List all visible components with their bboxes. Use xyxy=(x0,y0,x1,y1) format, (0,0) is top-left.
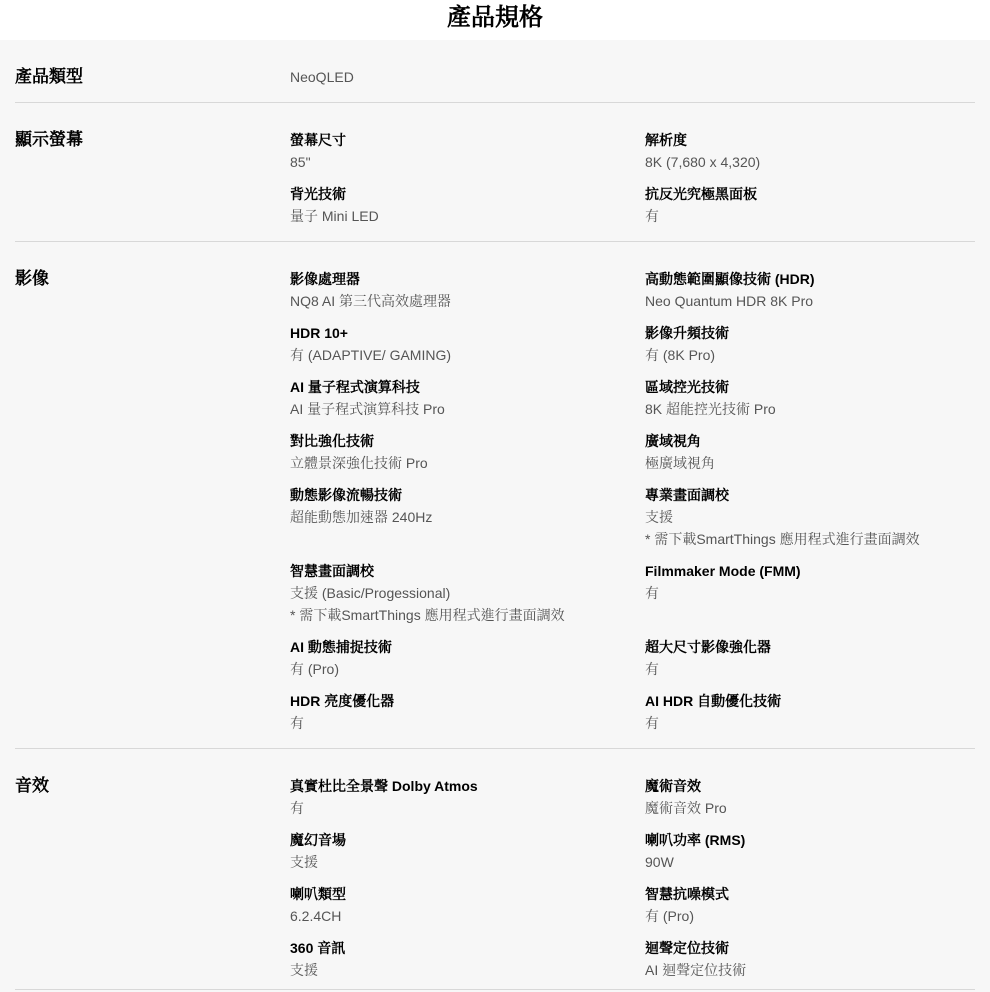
spec-name: 解析度 xyxy=(645,129,975,151)
spec-value: 立體景深強化技術 Pro xyxy=(290,452,625,474)
spec-name: AI 量子程式演算科技 xyxy=(290,376,625,398)
spec-row: NeoQLED xyxy=(290,66,975,88)
spec-row: AI 動態捕捉技術 有 (Pro) 超大尺寸影像強化器 有 xyxy=(290,636,975,680)
section-body: 真實杜比全景聲 Dolby Atmos 有 魔術音效 魔術音效 Pro 魔幻音場… xyxy=(290,775,975,981)
spec-value: 有 (Pro) xyxy=(290,658,625,680)
page-title: 產品規格 xyxy=(0,0,990,40)
spec-value: 有 (ADAPTIVE/ GAMING) xyxy=(290,344,625,366)
spec-value: 有 xyxy=(645,205,975,227)
spec-name: 影像升頻技術 xyxy=(645,322,975,344)
spec-name: AI HDR 自動優化技術 xyxy=(645,690,975,712)
section-label-display: 顯示螢幕 xyxy=(15,129,290,151)
spec-name: 智慧抗噪模式 xyxy=(645,883,975,905)
spec-item-sound-stage: 魔幻音場 支援 xyxy=(290,829,645,873)
spec-value: 支援 xyxy=(290,959,625,981)
spec-item-hdr10plus: HDR 10+ 有 (ADAPTIVE/ GAMING) xyxy=(290,322,645,366)
spec-item-speaker-type: 喇叭類型 6.2.4CH xyxy=(290,883,645,927)
spec-item-noise-reduction: 智慧抗噪模式 有 (Pro) xyxy=(645,883,975,927)
spec-row: 螢幕尺寸 85" 解析度 8K (7,680 x 4,320) xyxy=(290,129,975,173)
spec-name: 喇叭類型 xyxy=(290,883,625,905)
spec-item-smart-calibration: 智慧畫面調校 支援 (Basic/Progessional) * 需下載Smar… xyxy=(290,560,645,626)
spec-name: 廣域視角 xyxy=(645,430,975,452)
spec-row: 智慧畫面調校 支援 (Basic/Progessional) * 需下載Smar… xyxy=(290,560,975,626)
spec-value: 有 xyxy=(645,712,975,734)
spec-item-filmmaker-mode: Filmmaker Mode (FMM) 有 xyxy=(645,560,975,604)
spec-value: NeoQLED xyxy=(290,66,625,88)
spec-item-local-dimming: 區域控光技術 8K 超能控光技術 Pro xyxy=(645,376,975,420)
spec-item-motion: 動態影像流暢技術 超能動態加速器 240Hz xyxy=(290,484,645,528)
spec-row: 對比強化技術 立體景深強化技術 Pro 廣域視角 極廣域視角 xyxy=(290,430,975,474)
spec-row: AI 量子程式演算科技 AI 量子程式演算科技 Pro 區域控光技術 8K 超能… xyxy=(290,376,975,420)
spec-row: HDR 10+ 有 (ADAPTIVE/ GAMING) 影像升頻技術 有 (8… xyxy=(290,322,975,366)
spec-value: 8K (7,680 x 4,320) xyxy=(645,151,975,173)
spec-item-processor: 影像處理器 NQ8 AI 第三代高效處理器 xyxy=(290,268,645,312)
spec-value: 有 xyxy=(645,658,975,680)
spec-item-resolution: 解析度 8K (7,680 x 4,320) xyxy=(645,129,975,173)
spec-name: 區域控光技術 xyxy=(645,376,975,398)
spec-item-hdr-tech: 高動態範圍顯像技術 (HDR) Neo Quantum HDR 8K Pro xyxy=(645,268,975,312)
spec-name: 迴聲定位技術 xyxy=(645,937,975,959)
spec-item-viewing-angle: 廣域視角 極廣域視角 xyxy=(645,430,975,474)
spec-value: 有 xyxy=(645,582,975,604)
spec-name: 魔術音效 xyxy=(645,775,975,797)
section-label-picture: 影像 xyxy=(15,268,290,290)
spec-value: 85" xyxy=(290,151,625,173)
spec-name: 360 音訊 xyxy=(290,937,625,959)
spec-item-360-audio: 360 音訊 支援 xyxy=(290,937,645,981)
spec-name: Filmmaker Mode (FMM) xyxy=(645,560,975,582)
spec-item-big-screen-enhancer: 超大尺寸影像強化器 有 xyxy=(645,636,975,680)
spec-item-ai-motion: AI 動態捕捉技術 有 (Pro) xyxy=(290,636,645,680)
spec-name: 對比強化技術 xyxy=(290,430,625,452)
spec-name: 背光技術 xyxy=(290,183,625,205)
spec-value: 有 (Pro) xyxy=(645,905,975,927)
spec-value: 支援 xyxy=(290,851,625,873)
section-label-sound: 音效 xyxy=(15,775,290,797)
spec-footnote: * 需下載SmartThings 應用程式進行畫面調效 xyxy=(290,604,625,626)
spec-value: 有 xyxy=(290,712,625,734)
spec-name: 螢幕尺寸 xyxy=(290,129,625,151)
spec-name: 專業畫面調校 xyxy=(645,484,975,506)
section-body: NeoQLED xyxy=(290,66,975,88)
spec-value: 量子 Mini LED xyxy=(290,205,625,227)
spec-row: 影像處理器 NQ8 AI 第三代高效處理器 高動態範圍顯像技術 (HDR) Ne… xyxy=(290,268,975,312)
spec-item-spacefit: 迴聲定位技術 AI 迴聲定位技術 xyxy=(645,937,975,981)
section-body: 影像處理器 NQ8 AI 第三代高效處理器 高動態範圍顯像技術 (HDR) Ne… xyxy=(290,268,975,734)
spec-item-adaptive-sound: 魔術音效 魔術音效 Pro xyxy=(645,775,975,819)
spec-row: 魔幻音場 支援 喇叭功率 (RMS) 90W xyxy=(290,829,975,873)
section-label-product-type: 產品類型 xyxy=(15,66,290,88)
spec-item-ai-hdr: AI HDR 自動優化技術 有 xyxy=(645,690,975,734)
spec-value: 極廣域視角 xyxy=(645,452,975,474)
spec-value: 超能動態加速器 240Hz xyxy=(290,506,625,528)
spec-footnote: * 需下載SmartThings 應用程式進行畫面調效 xyxy=(645,528,975,550)
spec-name: 智慧畫面調校 xyxy=(290,560,625,582)
spec-value: 支援 (Basic/Progessional) xyxy=(290,582,625,604)
spec-name: 喇叭功率 (RMS) xyxy=(645,829,975,851)
section-product-type: 產品類型 NeoQLED xyxy=(15,40,975,103)
spec-item-speaker-power: 喇叭功率 (RMS) 90W xyxy=(645,829,975,873)
spec-item-hdr-brightness: HDR 亮度優化器 有 xyxy=(290,690,645,734)
spec-name: AI 動態捕捉技術 xyxy=(290,636,625,658)
spec-item-antiglare: 抗反光究極黑面板 有 xyxy=(645,183,975,227)
spec-name: 影像處理器 xyxy=(290,268,625,290)
spec-value: 6.2.4CH xyxy=(290,905,625,927)
spec-row: 動態影像流暢技術 超能動態加速器 240Hz 專業畫面調校 支援 * 需下載Sm… xyxy=(290,484,975,550)
section-body: 螢幕尺寸 85" 解析度 8K (7,680 x 4,320) 背光技術 量子 … xyxy=(290,129,975,227)
spec-value: AI 迴聲定位技術 xyxy=(645,959,975,981)
spec-item-product-type: NeoQLED xyxy=(290,66,645,88)
spec-table: 產品類型 NeoQLED 顯示螢幕 螢幕尺寸 85" 解析度 8K (7,680… xyxy=(0,40,990,992)
spec-name: HDR 10+ xyxy=(290,322,625,344)
spec-value: 有 xyxy=(290,797,625,819)
spec-row: 真實杜比全景聲 Dolby Atmos 有 魔術音效 魔術音效 Pro xyxy=(290,775,975,819)
spec-name: 抗反光究極黑面板 xyxy=(645,183,975,205)
spec-item-quantum-matrix: AI 量子程式演算科技 AI 量子程式演算科技 Pro xyxy=(290,376,645,420)
spec-item-upscaling: 影像升頻技術 有 (8K Pro) xyxy=(645,322,975,366)
spec-value: Neo Quantum HDR 8K Pro xyxy=(645,290,975,312)
spec-item-dolby-atmos: 真實杜比全景聲 Dolby Atmos 有 xyxy=(290,775,645,819)
spec-value: 8K 超能控光技術 Pro xyxy=(645,398,975,420)
section-sound: 音效 真實杜比全景聲 Dolby Atmos 有 魔術音效 魔術音效 Pro 魔… xyxy=(15,749,975,990)
spec-value: NQ8 AI 第三代高效處理器 xyxy=(290,290,625,312)
spec-name: 魔幻音場 xyxy=(290,829,625,851)
spec-row: 喇叭類型 6.2.4CH 智慧抗噪模式 有 (Pro) xyxy=(290,883,975,927)
spec-row: 背光技術 量子 Mini LED 抗反光究極黑面板 有 xyxy=(290,183,975,227)
section-display: 顯示螢幕 螢幕尺寸 85" 解析度 8K (7,680 x 4,320) 背光技… xyxy=(15,103,975,242)
spec-name: 高動態範圍顯像技術 (HDR) xyxy=(645,268,975,290)
spec-item-screen-size: 螢幕尺寸 85" xyxy=(290,129,645,173)
spec-row: HDR 亮度優化器 有 AI HDR 自動優化技術 有 xyxy=(290,690,975,734)
spec-name: 真實杜比全景聲 Dolby Atmos xyxy=(290,775,625,797)
spec-item-backlight: 背光技術 量子 Mini LED xyxy=(290,183,645,227)
spec-item-pro-calibration: 專業畫面調校 支援 * 需下載SmartThings 應用程式進行畫面調效 xyxy=(645,484,975,550)
spec-value: 支援 xyxy=(645,506,975,528)
spec-name: 超大尺寸影像強化器 xyxy=(645,636,975,658)
spec-row: 360 音訊 支援 迴聲定位技術 AI 迴聲定位技術 xyxy=(290,937,975,981)
spec-name: 動態影像流暢技術 xyxy=(290,484,625,506)
spec-name: HDR 亮度優化器 xyxy=(290,690,625,712)
spec-value: 魔術音效 Pro xyxy=(645,797,975,819)
spec-value: AI 量子程式演算科技 Pro xyxy=(290,398,625,420)
spec-value: 有 (8K Pro) xyxy=(645,344,975,366)
section-picture: 影像 影像處理器 NQ8 AI 第三代高效處理器 高動態範圍顯像技術 (HDR)… xyxy=(15,242,975,749)
spec-value: 90W xyxy=(645,851,975,873)
spec-item-contrast: 對比強化技術 立體景深強化技術 Pro xyxy=(290,430,645,474)
